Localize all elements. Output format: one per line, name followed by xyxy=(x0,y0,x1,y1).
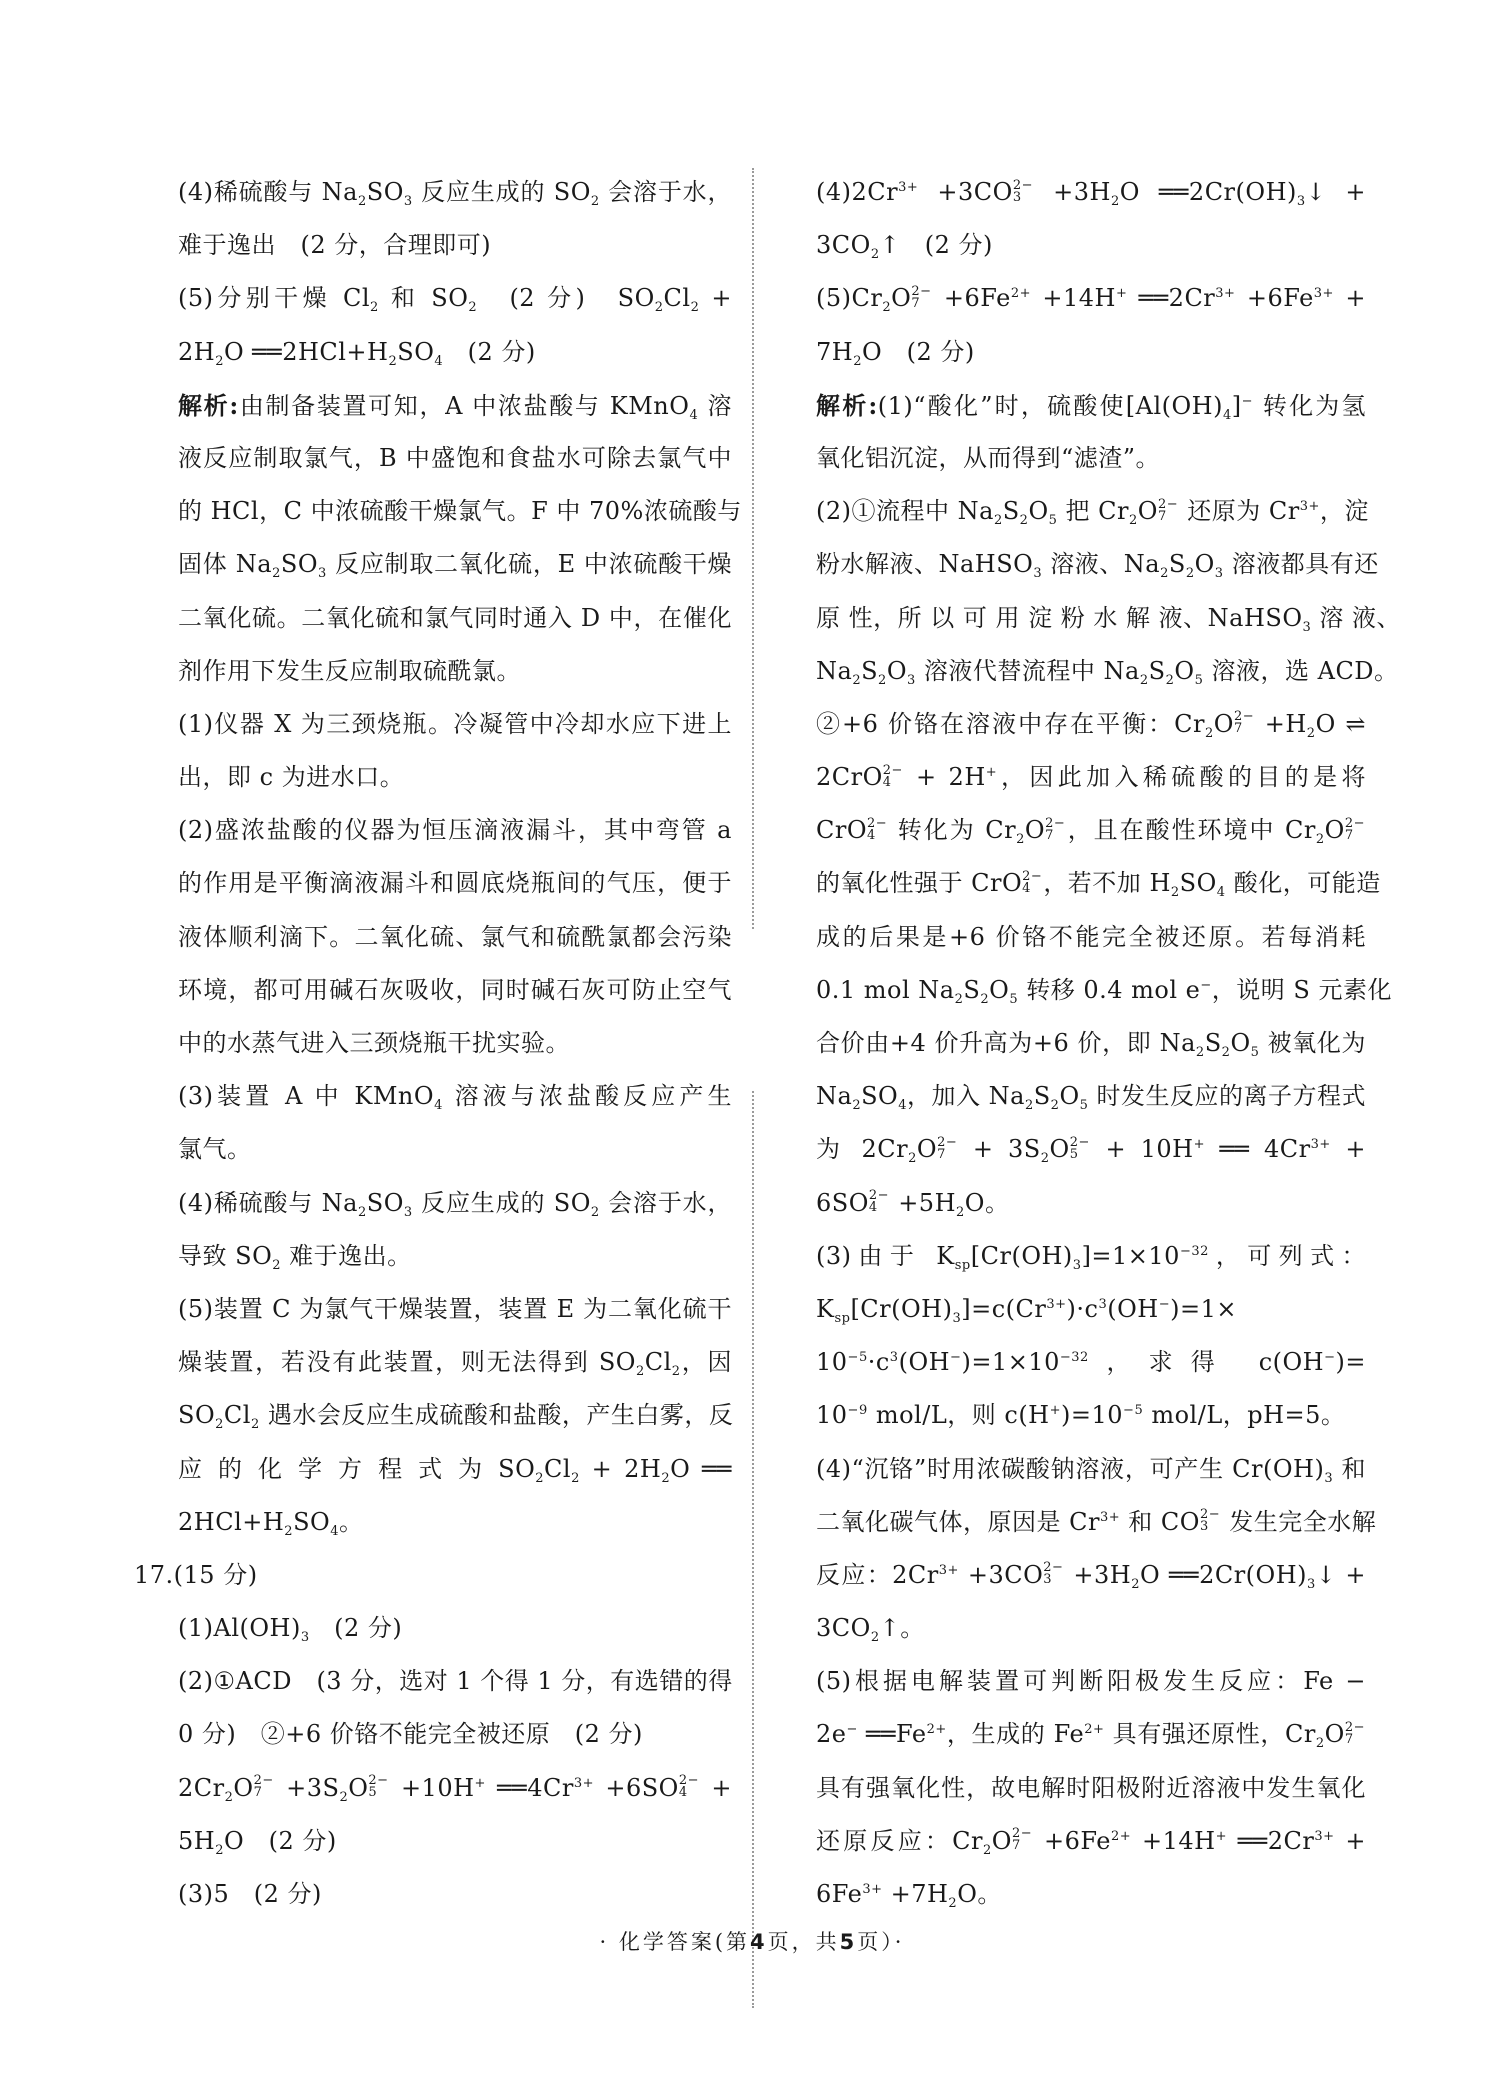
left-column: (4)稀硫酸与 Na2SO3 反应生成的 SO2 会溶于水，难于逸出 (2 分，… xyxy=(178,166,732,1921)
text-line: (2)①ACD (3 分，选对 1 个得 1 分，有选错的得 xyxy=(178,1655,732,1708)
text-line: (5)分别干燥 Cl2 和 SO2 (2 分) SO2Cl2 + xyxy=(178,272,732,325)
text-line: 出，即 c 为进水口。 xyxy=(178,751,732,804)
text-line: 10−5·c3(OH−)=1×10−32，求得 c(OH−)= xyxy=(816,1336,1366,1389)
text-line: CrO2−4 转化为 Cr2O2−7，且在酸性环境中 Cr2O2−7 xyxy=(816,804,1366,857)
text-line: (1)Al(OH)3 (2 分) xyxy=(178,1602,732,1655)
text-line: 的 HCl，C 中浓硫酸干燥氯气。F 中 70%浓硫酸与 xyxy=(178,485,732,538)
footer-page-total: 5 xyxy=(840,1930,858,1954)
text-line: ②+6 价铬在溶液中存在平衡：Cr2O2−7 +H2O ⇌ xyxy=(816,698,1366,751)
text-line: 还原反应：Cr2O2−7 +6Fe2+ +14H+ ══2Cr3+ + xyxy=(816,1815,1366,1868)
text-line: 环境，都可用碱石灰吸收，同时碱石灰可防止空气 xyxy=(178,964,732,1017)
text-line: (4)稀硫酸与 Na2SO3 反应生成的 SO2 会溶于水， xyxy=(178,1177,732,1230)
text-line: 2HCl+H2SO4。 xyxy=(178,1496,732,1549)
text-line: 的作用是平衡滴液漏斗和圆底烧瓶间的气压，便于 xyxy=(178,857,732,910)
text-line: (3)由于 Ksp[Cr(OH)3]=1×10−32，可列式： xyxy=(816,1230,1366,1283)
page-footer: · 化学答案(第4页，共5页）· xyxy=(0,1926,1504,1956)
text-line: 成的后果是+6 价铬不能完全被还原。若每消耗 xyxy=(816,911,1366,964)
text-line: 固体 Na2SO3 反应制取二氧化硫，E 中浓硫酸干燥 xyxy=(178,538,732,591)
text-line: 中的水蒸气进入三颈烧瓶干扰实验。 xyxy=(178,1017,732,1070)
text-line: 17.(15 分) xyxy=(134,1549,732,1602)
text-line: 原 性，所 以 可 用 淀 粉 水 解 液、NaHSO3 溶 液、 xyxy=(816,592,1366,645)
text-line: 反应：2Cr3+ +3CO2−3 +3H2O ══2Cr(OH)3↓ + xyxy=(816,1549,1366,1602)
text-line: 6SO2−4 +5H2O。 xyxy=(816,1177,1366,1230)
text-line: 0 分) ②+6 价铬不能完全被还原 (2 分) xyxy=(178,1708,732,1761)
text-line: (2)①流程中 Na2S2O5 把 Cr2O2−7 还原为 Cr3+，淀 xyxy=(816,485,1366,538)
text-line: 2CrO2−4 + 2H+，因此加入稀硫酸的目的是将 xyxy=(816,751,1366,804)
text-line: 液反应制取氯气，B 中盛饱和食盐水可除去氯气中 xyxy=(178,432,732,485)
footer-prefix: · 化学答案(第 xyxy=(600,1930,751,1954)
text-line: 的氧化性强于 CrO2−4，若不加 H2SO4 酸化，可能造 xyxy=(816,857,1366,910)
text-line: 2e− ══Fe2+，生成的 Fe2+ 具有强还原性，Cr2O2−7 xyxy=(816,1708,1366,1761)
text-line: 合价由+4 价升高为+6 价，即 Na2S2O5 被氧化为 xyxy=(816,1017,1366,1070)
text-line: 氯气。 xyxy=(178,1123,732,1176)
text-line: 难于逸出 (2 分，合理即可) xyxy=(178,219,732,272)
text-line: 3CO2↑ (2 分) xyxy=(816,219,1366,272)
text-line: 5H2O (2 分) xyxy=(178,1815,732,1868)
text-line: 导致 SO2 难于逸出。 xyxy=(178,1230,732,1283)
text-line: (5)根据电解装置可判断阳极发生反应：Fe − xyxy=(816,1655,1366,1708)
text-line: (4)2Cr3+ +3CO2−3 +3H2O ══2Cr(OH)3↓ + xyxy=(816,166,1366,219)
footer-suffix: 页）· xyxy=(857,1930,904,1954)
text-line: (3)5 (2 分) xyxy=(178,1868,732,1921)
text-line: 应 的 化 学 方 程 式 为 SO2Cl2 + 2H2O ══ xyxy=(178,1443,732,1496)
text-line: Ksp[Cr(OH)3]=c(Cr3+)·c3(OH−)=1× xyxy=(816,1283,1366,1336)
text-line: 6Fe3+ +7H2O。 xyxy=(816,1868,1366,1921)
text-line: (2)盛浓盐酸的仪器为恒压滴液漏斗，其中弯管 a xyxy=(178,804,732,857)
text-line: (1)仪器 X 为三颈烧瓶。冷凝管中冷却水应下进上 xyxy=(178,698,732,751)
text-line: 二氧化硫。二氧化硫和氯气同时通入 D 中，在催化 xyxy=(178,592,732,645)
text-line: 粉水解液、NaHSO3 溶液、Na2S2O3 溶液都具有还 xyxy=(816,538,1366,591)
text-line: (4)稀硫酸与 Na2SO3 反应生成的 SO2 会溶于水， xyxy=(178,166,732,219)
text-line: 为 2Cr2O2−7 + 3S2O2−5 + 10H+ ══ 4Cr3+ + xyxy=(816,1123,1366,1176)
text-line: (4)“沉铬”时用浓碳酸钠溶液，可产生 Cr(OH)3 和 xyxy=(816,1443,1366,1496)
text-line: 液体顺利滴下。二氧化硫、氯气和硫酰氯都会污染 xyxy=(178,911,732,964)
text-line: (5)装置 C 为氯气干燥装置，装置 E 为二氧化硫干 xyxy=(178,1283,732,1336)
footer-mid: 页，共 xyxy=(768,1930,840,1954)
text-line: 燥装置，若没有此装置，则无法得到 SO2Cl2，因 xyxy=(178,1336,732,1389)
text-line: Na2SO4，加入 Na2S2O5 时发生反应的离子方程式 xyxy=(816,1070,1366,1123)
text-line: 10−9 mol/L，则 c(H+)=10−5 mol/L，pH=5。 xyxy=(816,1389,1366,1442)
divider-gap xyxy=(748,930,758,1090)
analysis-label: 解析: xyxy=(178,391,239,420)
text-line: 0.1 mol Na2S2O5 转移 0.4 mol e−，说明 S 元素化 xyxy=(816,964,1366,1017)
text-line: 解析:由制备装置可知，A 中浓盐酸与 KMnO4 溶 xyxy=(178,379,732,432)
right-column: (4)2Cr3+ +3CO2−3 +3H2O ══2Cr(OH)3↓ +3CO2… xyxy=(816,166,1366,1921)
text-line: 7H2O (2 分) xyxy=(816,326,1366,379)
analysis-label: 解析: xyxy=(816,391,878,420)
footer-page-current: 4 xyxy=(750,1930,768,1954)
text-line: 2H2O ══2HCl+H2SO4 (2 分) xyxy=(178,326,732,379)
text-line: Na2S2O3 溶液代替流程中 Na2S2O5 溶液，选 ACD。 xyxy=(816,645,1366,698)
text-line: (5)Cr2O2−7 +6Fe2+ +14H+ ══2Cr3+ +6Fe3+ + xyxy=(816,272,1366,325)
text-line: 具有强氧化性，故电解时阳极附近溶液中发生氧化 xyxy=(816,1762,1366,1815)
text-line: (3)装置 A 中 KMnO4 溶液与浓盐酸反应产生 xyxy=(178,1070,732,1123)
text-line: 解析:(1)“酸化”时，硫酸使[Al(OH)4]− 转化为氢 xyxy=(816,379,1366,432)
text-line: 3CO2↑。 xyxy=(816,1602,1366,1655)
text-line: 氧化铝沉淀，从而得到“滤渣”。 xyxy=(816,432,1366,485)
text-line: 剂作用下发生反应制取硫酰氯。 xyxy=(178,645,732,698)
text-line: SO2Cl2 遇水会反应生成硫酸和盐酸，产生白雾，反 xyxy=(178,1389,732,1442)
text-line: 2Cr2O2−7 +3S2O2−5 +10H+ ══4Cr3+ +6SO2−4 … xyxy=(178,1762,732,1815)
text-line: 二氧化碳气体，原因是 Cr3+ 和 CO2−3 发生完全水解 xyxy=(816,1496,1366,1549)
